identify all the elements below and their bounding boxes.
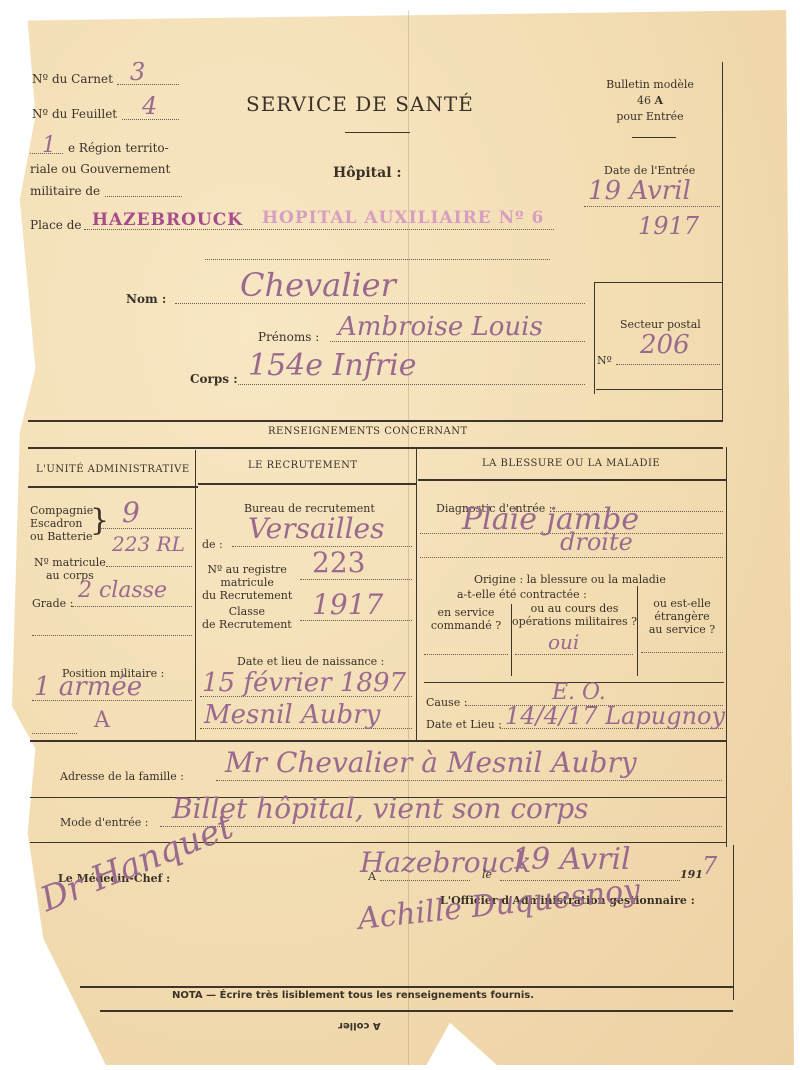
origine-label-1: Origine : la blessure ou la maladie [474,573,666,586]
registre-label: Nº au registre matricule du Recrutement [202,563,292,602]
section-rule-bottom [30,740,726,742]
nota-rule-top [80,986,733,988]
secteur-value: 206 [640,330,690,360]
col-blessure-header: LA BLESSURE OU LA MALADIE [482,458,660,469]
mode-value: Billet hôpital, vient son corps [172,792,589,825]
bulletin-rule [632,137,676,138]
nota-text: NOTA — Écrire très lisiblement tous les … [172,990,534,1001]
col-divider-right [726,447,727,847]
position-value: 1 armée [34,672,142,702]
adresse-line [216,780,722,781]
prenoms-value: Ambroise Louis [338,312,543,342]
secteur-box-bottom [596,389,722,390]
origine-label-2: a-t-elle été contractée : [457,588,587,601]
date-lieu-value: 14/4/17 Lapugnoy [505,702,725,730]
secteur-box-left [594,282,595,394]
bulletin-num: 46 [637,94,651,107]
stamp-hospital: HOPITAL AUXILIAIRE Nº 6 [262,208,544,228]
date-entree-day: 19 Avril [588,176,691,206]
bulletin-line3: pour Entrée [590,110,710,123]
option-1-line [424,654,508,655]
secteur-no-label: Nº [597,354,612,367]
adresse-label: Adresse de la famille : [60,770,184,783]
place-line-2 [205,259,550,260]
mode-label: Mode d'entrée : [60,816,149,829]
nom-label: Nom : [126,292,166,306]
corps-label: Corps : [190,372,238,386]
militaire-line [105,196,182,197]
nota-rule-bottom [100,1010,733,1012]
region-label-3: militaire de [30,184,100,198]
renseignements-title: RENSEIGNEMENTS CONCERNANT [268,426,468,437]
year-suffix: 7 [702,852,717,880]
prenoms-label: Prénoms : [258,330,319,344]
compagnie-line [100,528,192,529]
bureau-de-label: de : [202,538,223,551]
col-divider-1 [195,450,196,740]
col-blessure-rule [418,479,726,481]
bulletin-letter: A [654,94,663,107]
right-border [722,62,723,422]
section-rule-mid [28,447,723,449]
diagnostic-line-3 [420,557,723,558]
naissance-label: Date et lieu de naissance : [237,655,384,668]
hopital-label: Hôpital : [333,165,402,181]
adresse-value: Mr Chevalier à Mesnil Aubry [225,746,637,779]
grade-label: Grade : [32,597,73,610]
matricule-line [106,566,192,567]
title-rule [345,132,410,133]
carnet-label: Nº du Carnet [32,72,113,86]
feuillet-value: 4 [142,92,157,120]
origine-divider-2 [637,586,638,676]
date-entree-line [584,206,720,207]
option-3-line [641,652,723,653]
region-label-1: e Région territo- [68,141,169,155]
carnet-line [117,84,179,85]
grade-line [72,606,192,607]
naissance-lieu: Mesnil Aubry [204,700,380,730]
lieu-value: Hazebrouck [360,846,531,879]
position-value-2: A [94,708,110,733]
option-operations: ou au cours des opérations militaires ? [512,602,637,628]
compagnie-brace: } [90,506,109,536]
bulletin-line1: Bulletin modèle [590,78,710,91]
page-title: SERVICE DE SANTÉ [246,92,474,116]
col-unite-rule [28,486,198,488]
position-line-2 [32,733,77,734]
option-etrangere: ou est-elle étrangère au service ? [640,597,724,636]
grade-value: 2 classe [78,578,167,603]
option-2-value: oui [548,630,579,654]
col-recrutement-header: LE RECRUTEMENT [248,460,358,471]
stamp-city: HAZEBROUCK [92,210,243,230]
region-label-2: riale ou Gouvernement [30,162,170,176]
footer-right-border [733,845,734,1000]
secteur-line [616,364,720,365]
diagnostic-value-2: droite [560,528,633,556]
section-rule-top [28,420,723,422]
date-lieu-label: Date et Lieu : [426,718,502,731]
classe-value: 1917 [312,588,383,621]
col-recrutement-rule [198,483,416,485]
compagnie-label: Compagnie Escadron ou Batterie [30,504,93,543]
registre-value: 223 [312,546,365,579]
bureau-value: Versailles [248,512,384,545]
matricule-value: 223 RL [112,532,185,556]
registre-line [300,579,412,580]
region-value: 1 [42,133,56,158]
classe-label: Classe de Recrutement [202,605,292,631]
corps-value: 154e Infrie [248,348,417,383]
date-value: 19 Avril [512,842,631,877]
nom-value: Chevalier [240,266,396,304]
cause-label: Cause : [426,696,467,709]
lieu-line [380,880,470,881]
naissance-date: 15 février 1897 [202,668,406,698]
compagnie-value: 9 [122,496,140,529]
grade-line-2 [32,635,192,636]
place-label: Place de [30,218,82,232]
bulletin-block: Bulletin modèle 46 A pour Entrée [590,78,710,123]
date-entree-year: 1917 [638,212,699,240]
bulletin-number: 46 A [590,94,710,107]
carnet-value: 3 [130,58,145,86]
le-label: le [482,868,492,881]
col-unite-header: L'UNITÉ ADMINISTRATIVE [36,464,190,475]
secteur-box-top [594,282,722,283]
feuillet-label: Nº du Feuillet [32,107,117,121]
year-prefix: 191 [680,868,703,881]
col-divider-2 [416,447,417,740]
corps-line [238,384,585,385]
option-2-line [515,654,633,655]
a-coller-text: A coller [338,1020,381,1031]
option-en-service: en service commandé ? [424,606,508,632]
mode-line [160,826,722,827]
